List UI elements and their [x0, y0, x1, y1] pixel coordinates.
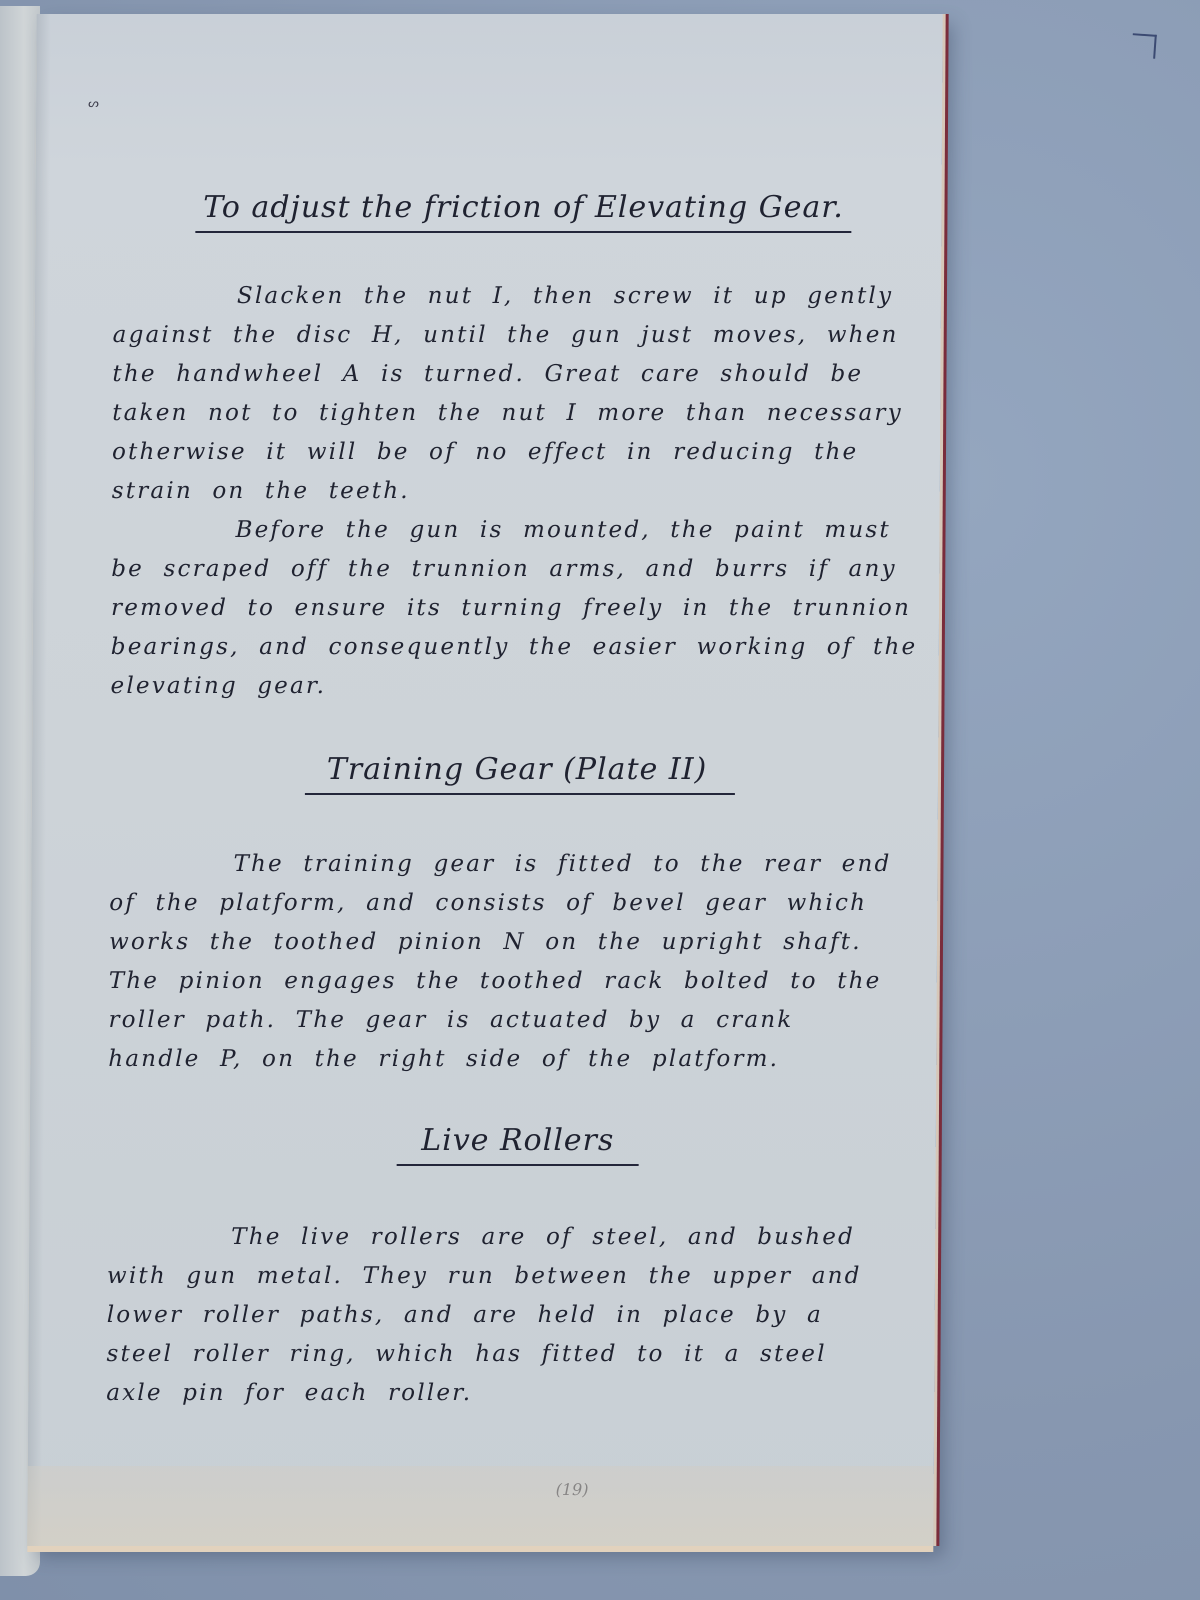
- corner-mark: [1131, 33, 1157, 59]
- heading-text: To adjust the friction of Elevating Gear…: [195, 190, 852, 233]
- text-line: steel roller ring, which has fitted to i…: [106, 1335, 926, 1374]
- text-line: Before the gun is mounted, the paint mus…: [111, 511, 931, 550]
- show-through-text: [256, 84, 876, 134]
- text-line: the handwheel A is turned. Great care sh…: [112, 355, 932, 394]
- heading-live-rollers: Live Rollers: [108, 1123, 928, 1166]
- heading-text: Live Rollers: [397, 1123, 638, 1166]
- text-line: lower roller paths, and are held in plac…: [107, 1296, 927, 1335]
- text-line: The live rollers are of steel, and bushe…: [107, 1218, 927, 1257]
- text-line: Slacken the nut I, then screw it up gent…: [113, 277, 933, 316]
- paragraph-live-rollers: The live rollers are of steel, and bushe…: [106, 1218, 927, 1413]
- text-line: axle pin for each roller.: [106, 1374, 926, 1413]
- heading-elevating-gear: To adjust the friction of Elevating Gear…: [113, 190, 933, 233]
- book-page: ᔕ To adjust the friction of Elevating Ge…: [27, 14, 942, 1546]
- paragraph-before-mounted: Before the gun is mounted, the paint mus…: [110, 511, 931, 706]
- text-line: strain on the teeth.: [112, 472, 932, 511]
- text-line: roller path. The gear is actuated by a c…: [108, 1001, 928, 1040]
- text-line: with gun metal. They run between the upp…: [107, 1257, 927, 1296]
- pencil-mark: ᔕ: [88, 96, 99, 110]
- paragraph-slacken: Slacken the nut I, then screw it up gent…: [112, 277, 933, 511]
- text-line: elevating gear.: [110, 667, 930, 706]
- text-line: bearings, and consequently the easier wo…: [111, 628, 931, 667]
- text-line: The training gear is fitted to the rear …: [109, 845, 929, 884]
- paragraph-training-gear: The training gear is fitted to the rear …: [108, 845, 929, 1079]
- text-line: be scraped off the trunnion arms, and bu…: [111, 550, 931, 589]
- text-line: taken not to tighten the nut I more than…: [112, 394, 932, 433]
- text-line: handle P, on the right side of the platf…: [108, 1040, 928, 1079]
- page-content: To adjust the friction of Elevating Gear…: [106, 184, 934, 1413]
- text-line: otherwise it will be of no effect in red…: [112, 433, 932, 472]
- text-line: works the toothed pinion N on the uprigh…: [109, 923, 929, 962]
- page-number: (19): [556, 1480, 589, 1499]
- text-line: against the disc H, until the gun just m…: [113, 316, 933, 355]
- text-line: The pinion engages the toothed rack bolt…: [109, 962, 929, 1001]
- heading-training-gear: Training Gear (Plate II): [110, 752, 930, 795]
- heading-text: Training Gear (Plate II): [305, 752, 736, 795]
- text-line: of the platform, and consists of bevel g…: [109, 884, 929, 923]
- text-line: removed to ensure its turning freely in …: [111, 589, 931, 628]
